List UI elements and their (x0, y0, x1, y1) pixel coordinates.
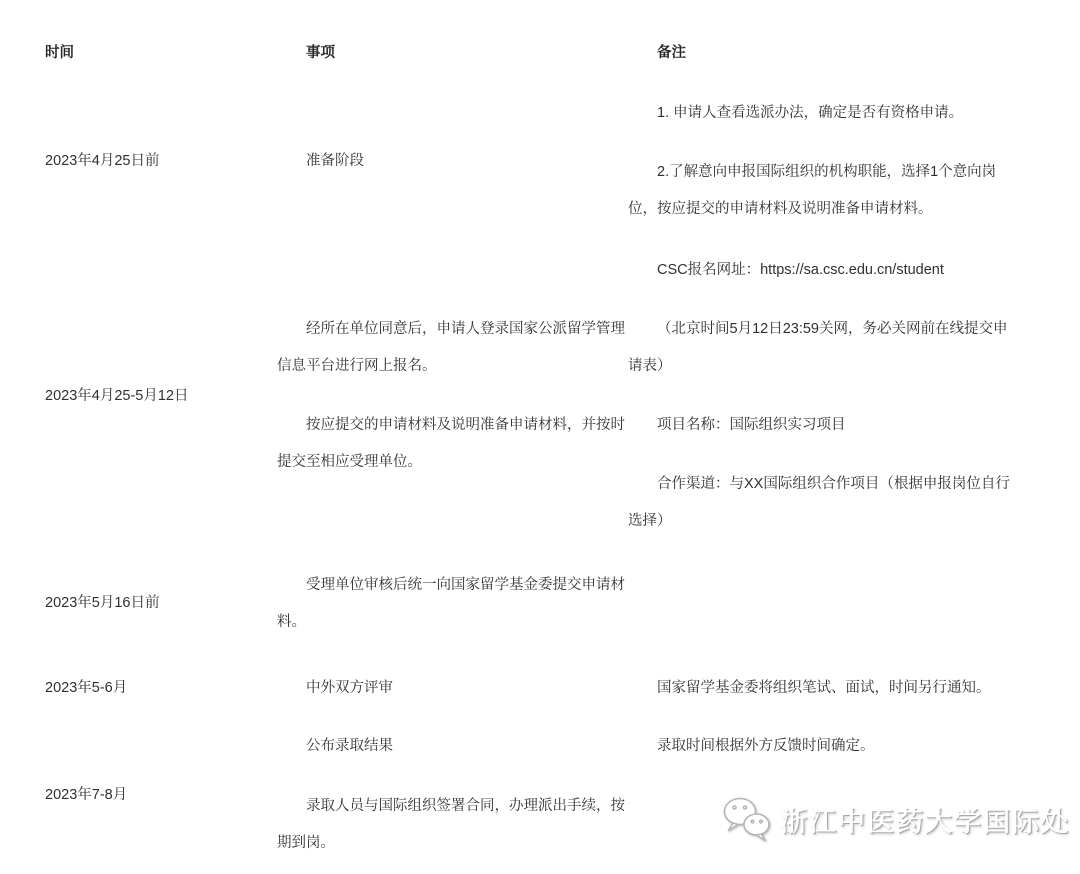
matter-text: 料。 (277, 604, 628, 641)
matter-paragraph: 经所在单位同意后，申请人登录国家公派留学管理 信息平台进行网上报名。 (277, 311, 628, 385)
matter-paragraph: 按应提交的申请材料及说明准备申请材料，并按时 提交至相应受理单位。 (277, 407, 628, 481)
matter-text: 准备阶段 (277, 143, 628, 180)
table-row-2-matter: 经所在单位同意后，申请人登录国家公派留学管理 信息平台进行网上报名。 按应提交的… (277, 246, 628, 546)
date-text: 2023年4月25-5月12日 (45, 378, 277, 415)
note-paragraph: 项目名称：国际组织实习项目 (628, 407, 1014, 444)
note-text: 国家留学基金委将组织笔试、面试，时间另行通知。 (628, 670, 1014, 707)
table-row-4-notes: 国家留学基金委将组织笔试、面试，时间另行通知。 (628, 661, 1014, 716)
date-text: 2023年5-6月 (45, 670, 277, 707)
matter-paragraph: 受理单位审核后统一向国家留学基金委提交申请材 料。 (277, 567, 628, 641)
matter-text: 经所在单位同意后，申请人登录国家公派留学管理 (277, 311, 628, 348)
note-paragraph: 合作渠道：与XX国际组织合作项目（根据申报岗位自行 选择） (628, 466, 1014, 540)
watermark: 浙江中医药大学国际处 (720, 794, 1070, 844)
table-row-5-time: 2023年7-8月 (45, 716, 277, 874)
table-row-5-matter-dispatch: 录取人员与国际组织签署合同，办理派出手续，按 期到岗。 (277, 776, 628, 874)
note-paragraph: 2.了解意向申报国际组织的机构职能，选择1个意向岗 位，按应提交的申请材料及说明… (628, 154, 1014, 228)
table-row-1-notes: 1. 申请人查看选派办法，确定是否有资格申请。 2.了解意向申报国际组织的机构职… (628, 76, 1014, 246)
header-time-label: 时间 (45, 35, 277, 72)
matter-paragraph: 公布录取结果 (277, 728, 628, 765)
note-paragraph: （北京时间5月12日23:59关网，务必关网前在线提交申 请表） (628, 311, 1014, 385)
table-row-5-notes: 录取时间根据外方反馈时间确定。 (628, 716, 1014, 776)
table-row-1-time: 2023年4月25日前 (45, 76, 277, 246)
cooperation-channel-text: 合作渠道：与XX国际组织合作项目（根据申报岗位自行 (628, 466, 1014, 503)
matter-text: 公布录取结果 (277, 728, 628, 765)
table-row-3-time: 2023年5月16日前 (45, 546, 277, 661)
matter-text: 按应提交的申请材料及说明准备申请材料，并按时 (277, 407, 628, 444)
note-text: 位，按应提交的申请材料及说明准备申请材料。 (628, 191, 1014, 228)
date-text: 2023年5月16日前 (45, 585, 277, 622)
table-row-4-time: 2023年5-6月 (45, 661, 277, 716)
note-text: （北京时间5月12日23:59关网，务必关网前在线提交申 (628, 311, 1014, 348)
table-row-5-matter-results: 公布录取结果 (277, 716, 628, 776)
note-text: 请表） (628, 348, 1014, 385)
note-paragraph: 1. 申请人查看选派办法，确定是否有资格申请。 (628, 95, 1014, 132)
header-matter-label: 事项 (277, 35, 628, 72)
column-header-time: 时间 (45, 30, 277, 76)
matter-text: 中外双方评审 (277, 670, 628, 707)
table-row-3-matter: 受理单位审核后统一向国家留学基金委提交申请材 料。 (277, 546, 628, 661)
note-text: 1. 申请人查看选派办法，确定是否有资格申请。 (628, 95, 1014, 132)
note-paragraph: 国家留学基金委将组织笔试、面试，时间另行通知。 (628, 670, 1014, 707)
watermark-text: 浙江中医药大学国际处 (780, 800, 1070, 839)
matter-text: 提交至相应受理单位。 (277, 444, 628, 481)
table-row-1-matter: 准备阶段 (277, 76, 628, 246)
column-header-matter: 事项 (277, 30, 628, 76)
note-text: 2.了解意向申报国际组织的机构职能，选择1个意向岗 (628, 154, 1014, 191)
matter-text: 信息平台进行网上报名。 (277, 348, 628, 385)
header-note-label: 备注 (628, 35, 1014, 72)
note-text: 录取时间根据外方反馈时间确定。 (628, 728, 1014, 765)
note-paragraph: 录取时间根据外方反馈时间确定。 (628, 728, 1014, 765)
schedule-table: 时间 事项 备注 2023年4月25日前 准备阶段 1. 申请人查看选派办法，确… (0, 0, 1080, 874)
matter-text: 录取人员与国际组织签署合同，办理派出手续，按 (277, 788, 628, 825)
table-row-2-time: 2023年4月25-5月12日 (45, 246, 277, 546)
table-row-2-notes: CSC报名网址：https://sa.csc.edu.cn/student （北… (628, 246, 1014, 546)
date-text: 2023年4月25日前 (45, 143, 277, 180)
note-paragraph: CSC报名网址：https://sa.csc.edu.cn/student (628, 252, 1014, 289)
matter-text: 受理单位审核后统一向国家留学基金委提交申请材 (277, 567, 628, 604)
date-text: 2023年7-8月 (45, 777, 277, 814)
csc-registration-url-text: CSC报名网址：https://sa.csc.edu.cn/student (628, 252, 1014, 289)
column-header-note: 备注 (628, 30, 1014, 76)
table-row-4-matter: 中外双方评审 (277, 661, 628, 716)
matter-paragraph: 准备阶段 (277, 143, 628, 180)
matter-paragraph: 录取人员与国际组织签署合同，办理派出手续，按 期到岗。 (277, 788, 628, 862)
project-name-text: 项目名称：国际组织实习项目 (628, 407, 1014, 444)
document-page: 时间 事项 备注 2023年4月25日前 准备阶段 1. 申请人查看选派办法，确… (0, 0, 1080, 874)
cooperation-channel-text: 选择） (628, 503, 1014, 540)
matter-text: 期到岗。 (277, 825, 628, 862)
matter-paragraph: 中外双方评审 (277, 670, 628, 707)
wechat-icon (720, 794, 774, 844)
